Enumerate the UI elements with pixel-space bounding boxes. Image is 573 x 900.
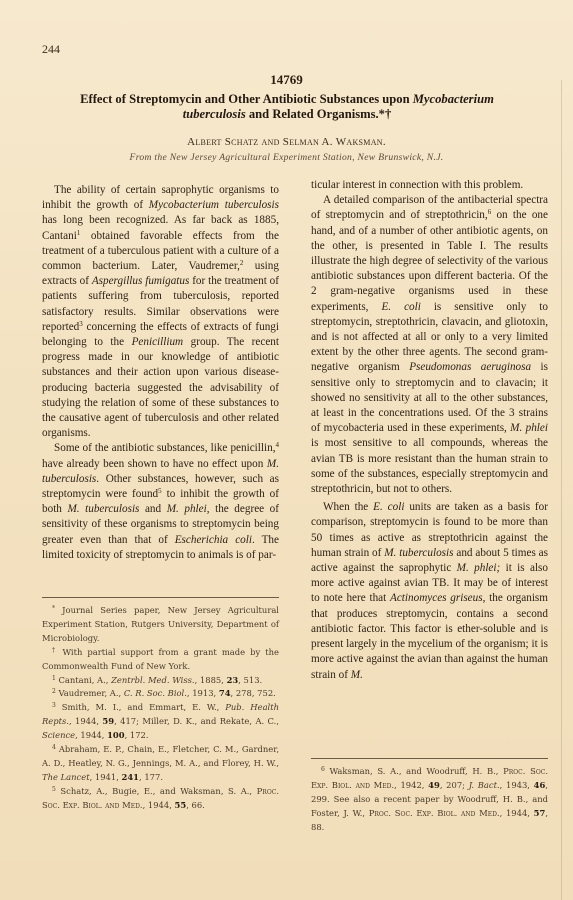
- article-title: Effect of Streptomycin and Other Antibio…: [58, 92, 516, 122]
- paragraph: A detailed comparison of the antibacteri…: [311, 193, 548, 497]
- right-column-body: ticular interest in connection with this…: [311, 178, 548, 754]
- text-run: Smith, M. I., and Emmart, E. W.,: [56, 702, 225, 712]
- footnote: † With partial support from a grant made…: [42, 646, 279, 674]
- text-run: Some of the antibiotic substances, like …: [54, 442, 276, 454]
- volume-number: 59: [102, 716, 114, 726]
- text-run: , 1941,: [90, 772, 122, 782]
- italic-term: M. phlei: [167, 503, 207, 515]
- page-number: 244: [42, 42, 60, 57]
- journal-page: 244 14769 Effect of Streptomycin and Oth…: [0, 0, 573, 900]
- text-run: , 1943,: [500, 780, 534, 790]
- footnote: 2 Vaudremer, A., C. R. Soc. Biol., 1913,…: [42, 687, 279, 701]
- text-run: Vaudremer, A.,: [56, 688, 124, 698]
- volume-number: 46: [534, 780, 546, 790]
- italic-term: J. Bact.: [469, 780, 500, 790]
- footnote: 4 Abraham, E. P., Chain, E., Fletcher, C…: [42, 743, 279, 785]
- text-run: With partial support from a grant made b…: [42, 647, 279, 671]
- footnote: * Journal Series paper, New Jersey Agric…: [42, 604, 279, 646]
- italic-term: Aspergillus fumigatus: [92, 275, 190, 287]
- italic-term: E. coli: [373, 501, 404, 513]
- text-run: group. The recent progress made in our k…: [42, 336, 279, 439]
- text-run: , 207;: [440, 780, 469, 790]
- title-text-1: Effect of Streptomycin and Other Antibio…: [80, 92, 413, 106]
- title-text-2: and Related Organisms.: [246, 107, 379, 121]
- left-footnotes: * Journal Series paper, New Jersey Agric…: [42, 604, 279, 813]
- text-run: Cantani, A.,: [56, 675, 111, 685]
- italic-term: M. phlei;: [457, 562, 501, 574]
- affiliation: From the New Jersey Agricultural Experim…: [0, 152, 573, 163]
- italic-term: M. phlei: [510, 422, 548, 434]
- text-run: , 1944,: [500, 808, 534, 818]
- text-run: Schatz, A., Bugie, E., and Waksman, S. A…: [56, 786, 257, 796]
- journal-name: Proc. Soc. Exp. Biol. and Med.: [369, 808, 500, 818]
- text-run: is most sensitive to all compounds, wher…: [311, 437, 548, 495]
- text-run: , 513.: [238, 675, 262, 685]
- text-run: ticular interest in connection with this…: [311, 179, 523, 191]
- italic-term: Mycobacterium tuberculosis: [149, 199, 279, 211]
- text-run: , 1913,: [187, 688, 219, 698]
- volume-number: 241: [122, 772, 139, 782]
- italic-term: M.: [351, 669, 363, 681]
- paragraph: Some of the antibiotic substances, like …: [42, 441, 279, 563]
- text-run: have already been shown to have no effec…: [42, 458, 267, 470]
- title-footnote-marks: *†: [379, 107, 392, 121]
- italic-term: Actinomyces griseus: [390, 592, 483, 604]
- article-number: 14769: [0, 72, 573, 88]
- italic-term: Escherichia coli: [175, 534, 252, 546]
- volume-number: 100: [107, 730, 124, 740]
- footnote: 3 Smith, M. I., and Emmart, E. W., Pub. …: [42, 701, 279, 743]
- authors: Albert Schatz and Selman A. Waksman.: [0, 136, 573, 148]
- left-column-body: The ability of certain saprophytic organ…: [42, 183, 279, 593]
- text-run: , 66.: [186, 800, 205, 810]
- italic-term: Science: [42, 730, 75, 740]
- paragraph: When the E. coli units are taken as a ba…: [311, 500, 548, 682]
- text-run: , 1942,: [394, 780, 428, 790]
- footnote-reference: 4: [276, 441, 280, 449]
- italic-term: The Lancet: [42, 772, 90, 782]
- italic-term: Penicillium: [132, 336, 184, 348]
- text-run: Journal Series paper, New Jersey Agricul…: [42, 605, 279, 643]
- text-run: , the organism that produces streptomyci…: [311, 592, 548, 680]
- italic-term: C. R. Soc. Biol.: [124, 688, 187, 698]
- footnote: 6 Waksman, S. A., and Woodruff, H. B., P…: [311, 765, 548, 835]
- text-run: , 1885,: [195, 675, 227, 685]
- paragraph: The ability of certain saprophytic organ…: [42, 183, 279, 441]
- volume-number: 74: [219, 688, 231, 698]
- italic-term: M. tuberculosis: [67, 503, 139, 515]
- right-column: ticular interest in connection with this…: [311, 178, 548, 835]
- footnote-divider: [42, 597, 279, 598]
- volume-number: 55: [175, 800, 187, 810]
- text-run: , 172.: [125, 730, 149, 740]
- text-run: and: [139, 503, 166, 515]
- italic-term: Pseudomonas aeruginosa: [409, 361, 531, 373]
- text-run: on the one hand, and of a number of othe…: [311, 209, 548, 312]
- text-run: , 1944,: [143, 800, 175, 810]
- footnote: 5 Schatz, A., Bugie, E., and Waksman, S.…: [42, 785, 279, 813]
- right-footnotes: 6 Waksman, S. A., and Woodruff, H. B., P…: [311, 765, 548, 835]
- text-run: , 417; Miller, D. K., and Rekate, A. C.,: [114, 716, 279, 726]
- italic-term: E. coli: [381, 301, 420, 313]
- volume-number: 49: [428, 780, 440, 790]
- volume-number: 57: [534, 808, 546, 818]
- text-run: , 177.: [139, 772, 163, 782]
- volume-number: 23: [227, 675, 239, 685]
- text-run: Abraham, E. P., Chain, E., Fletcher, C. …: [42, 744, 279, 768]
- footnote: 1 Cantani, A., Zentrbl. Med. Wiss., 1885…: [42, 674, 279, 688]
- italic-term: Zentrbl. Med. Wiss.: [111, 675, 195, 685]
- text-run: , 1944,: [75, 730, 107, 740]
- text-run: Waksman, S. A., and Woodruff, H. B.,: [325, 766, 503, 776]
- text-run: When the: [323, 501, 373, 513]
- binding-shadow-line: [561, 80, 562, 900]
- text-run: , 278, 752.: [231, 688, 276, 698]
- paragraph: ticular interest in connection with this…: [311, 178, 548, 193]
- italic-term: M. tuberculosis: [384, 547, 453, 559]
- footnote-divider: [311, 758, 548, 759]
- left-column: The ability of certain saprophytic organ…: [42, 183, 279, 813]
- text-run: , 1944,: [69, 716, 102, 726]
